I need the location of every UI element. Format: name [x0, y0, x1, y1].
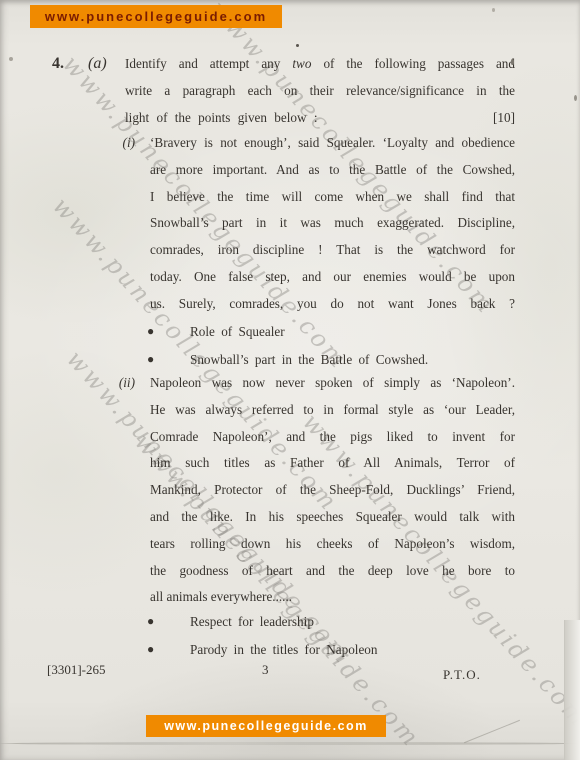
bullet-label: Role of Squealer — [190, 318, 285, 346]
passage-ii: (ii) Napoleon was now never spoken of si… — [0, 370, 515, 611]
passage-line: Comrade Napoleon’, and the pigs liked to… — [150, 424, 515, 451]
intro-line: light of the points given below : [10] — [125, 104, 515, 131]
bullet-item: ● Role of Squealer — [147, 318, 515, 346]
top-banner-link[interactable]: www.punecollegeguide.com — [30, 5, 282, 28]
bullet-item: ● Parody in the titles for Napoleon — [147, 636, 515, 664]
question-intro: Identify and attempt any two of the foll… — [125, 50, 515, 131]
passage-line: tears rolling down his cheeks of Napoleo… — [150, 531, 515, 558]
passage-ii-label: (ii) — [0, 370, 135, 611]
bullet-icon: ● — [147, 318, 190, 346]
scan-speck — [296, 44, 299, 47]
bullet-icon: ● — [147, 608, 190, 636]
marks-badge: [10] — [493, 104, 515, 131]
passage-line: comrades, iron discipline ! That is the … — [150, 237, 515, 264]
passage-i: (i) ‘Bravery is not enough’, said Squeal… — [0, 130, 515, 318]
intro-line-italic: two — [292, 56, 311, 71]
passage-line: Napoleon was now never spoken of simply … — [150, 370, 515, 397]
paper-edge — [564, 620, 580, 760]
passage-line: Mankind, Protector of the Sheep-Fold, Du… — [150, 477, 515, 504]
passage-line: today. One false step, and our enemies w… — [150, 264, 515, 291]
passage-i-label: (i) — [0, 130, 135, 318]
bullet-label: Snowball’s part in the Battle of Cowshed… — [190, 346, 428, 374]
scan-speck — [492, 8, 495, 12]
intro-line-text: of the following passages and — [323, 56, 515, 71]
pto-label: P.T.O. — [443, 667, 481, 683]
bullet-label: Parody in the titles for Napoleon — [190, 636, 378, 664]
paper-crease — [464, 720, 520, 743]
passage-line: us. Surely, comrades, you do not want Jo… — [150, 291, 515, 318]
passage-line: He was always referred to in formal styl… — [150, 397, 515, 424]
passage-ii-bullets: ● Respect for leadership ● Parody in the… — [147, 608, 515, 663]
passage-line: him such titles as Father of All Animals… — [150, 450, 515, 477]
page-footer: [3301]-265 3 P.T.O. — [0, 662, 580, 684]
passage-line: Snowball’s part in it was much exaggerat… — [150, 210, 515, 237]
passage-line: ‘Bravery is not enough’, said Squealer. … — [150, 130, 515, 157]
passage-ii-text: Napoleon was now never spoken of simply … — [150, 370, 515, 611]
passage-line: are more important. And as to the Battle… — [150, 157, 515, 184]
question-part-label: (a) — [88, 50, 125, 131]
passage-i-bullets: ● Role of Squealer ● Snowball’s part in … — [147, 318, 515, 373]
bullet-icon: ● — [147, 346, 190, 374]
scan-speck — [9, 57, 13, 61]
page-number: 3 — [262, 662, 269, 678]
passage-line: the goodness of heart and the deep love … — [150, 558, 515, 585]
intro-line-text: Identify and attempt any — [125, 56, 280, 71]
bottom-banner-link[interactable]: www.punecollegeguide.com — [146, 715, 386, 737]
question-number: 4. — [52, 50, 88, 131]
passage-i-text: ‘Bravery is not enough’, said Squealer. … — [150, 130, 515, 318]
bullet-icon: ● — [147, 636, 190, 664]
bullet-item: ● Snowball’s part in the Battle of Cowsh… — [147, 346, 515, 374]
passage-line: and the like. In his speeches Squealer w… — [150, 504, 515, 531]
scan-speck — [574, 95, 577, 101]
intro-line: Identify and attempt any two of the foll… — [125, 50, 515, 77]
scanned-exam-page: www.punecollegeguide.com www.punecollege… — [0, 0, 580, 760]
question-4: 4. (a) Identify and attempt any two of t… — [52, 50, 515, 131]
bullet-label: Respect for leadership — [190, 608, 314, 636]
passage-line: I believe the time will come when we sha… — [150, 184, 515, 211]
bullet-item: ● Respect for leadership — [147, 608, 515, 636]
intro-line: write a paragraph each on their relevanc… — [125, 77, 515, 104]
paper-code: [3301]-265 — [47, 662, 106, 678]
intro-line-text: light of the points given below : — [125, 104, 318, 131]
page-fold-edge — [0, 742, 580, 745]
